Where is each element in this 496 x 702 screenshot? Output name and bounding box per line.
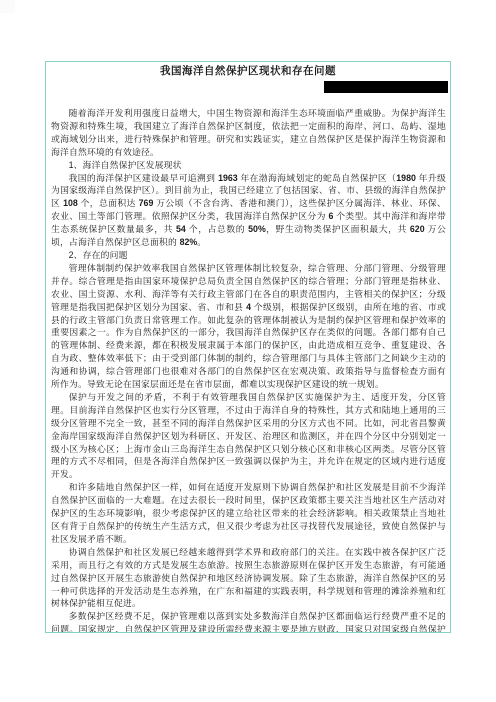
- page-title: 我国海洋自然保护区现状和存在问题: [46, 65, 450, 77]
- paragraph-intro: 随着海洋开发利用强度日益增大，中国生物资源和海洋生态环境面临严重威胁。为保护海洋…: [51, 107, 446, 159]
- section-heading-development-status: 1、海洋自然保护区发展现状: [51, 159, 446, 172]
- redaction-bar: [324, 81, 448, 93]
- paragraph-development-status: 我国的海洋保护区建设最早可追溯到 1963 年在渤海海域划定的蛇岛自然保护区（1…: [51, 172, 446, 249]
- paragraph-protection-vs-development: 保护与开发之间的矛盾，不利于有效管理我国自然保护区实施保护为主、适度开发，分区管…: [51, 391, 446, 481]
- document-body: 随着海洋开发利用强度日益增大，中国生物资源和海洋生态环境面临严重威胁。为保护海洋…: [46, 107, 450, 633]
- paragraph-community-conflict: 和许多陆地自然保护区一样，如何在适度开发原则下协调自然保护和社区发展是目前不少海…: [51, 481, 446, 546]
- section-heading-existing-problems: 2、存在的问题: [51, 249, 446, 262]
- paragraph-management-system: 管理体制制约保护效率我国自然保护区管理体制比较复杂，综合管理、分部门管理、分级管…: [51, 262, 446, 391]
- corner-artifact: [0, 0, 15, 13]
- document-page: 我国海洋自然保护区现状和存在问题 随着海洋开发利用强度日益增大，中国生物资源和海…: [45, 61, 451, 633]
- paragraph-ecotourism: 协调自然保护和社区发展已经越来越得到学术界和政府部门的关注。在实践中被各保护区广…: [51, 546, 446, 611]
- paragraph-funding-shortage: 多数保护区经费不足，保护管理难以落到实处多数海洋自然保护区都面临运行经费严重不足…: [51, 610, 446, 633]
